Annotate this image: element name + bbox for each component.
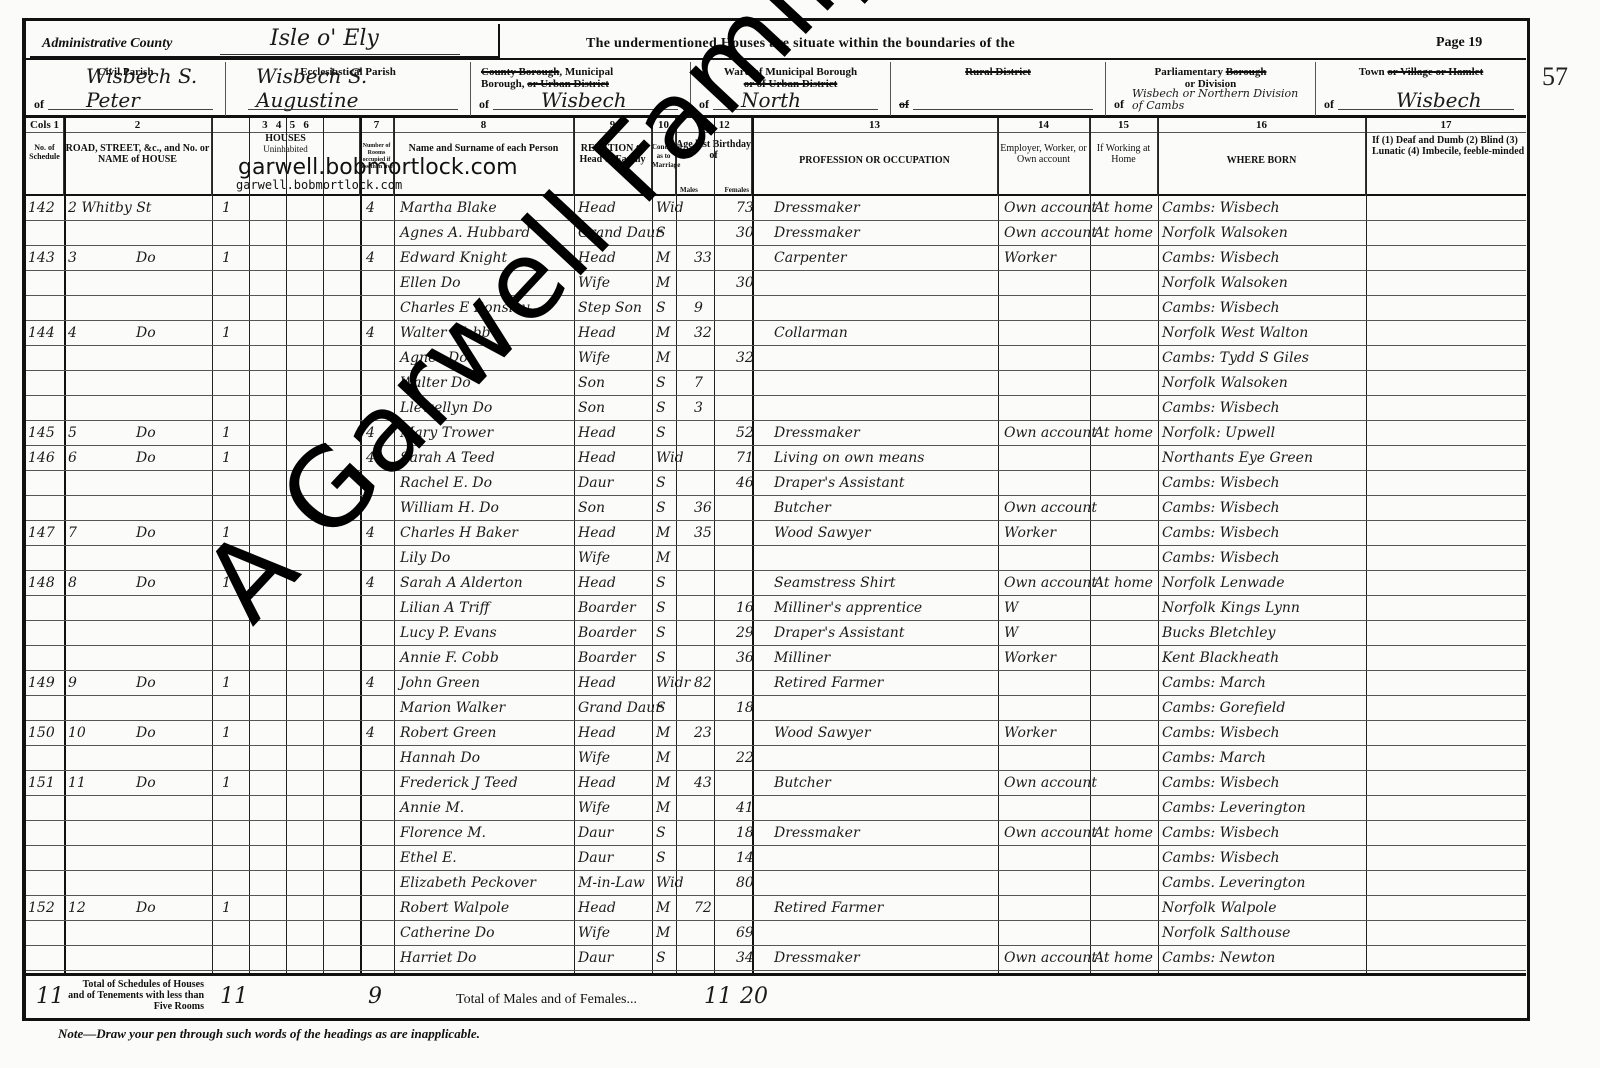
rooms: 4	[366, 571, 375, 596]
admin-county-box: Administrative County Isle o' Ely	[30, 24, 500, 58]
table-row: Llewellyn DoSonS3Cambs: Wisbech	[26, 396, 1526, 421]
address-ditto: Do	[136, 896, 156, 921]
where-born: Cambs: Newton	[1162, 946, 1275, 971]
occupation: Wood Sawyer	[774, 721, 871, 746]
table-row: Rachel E. DoDaurS46Draper's AssistantCam…	[26, 471, 1526, 496]
person-name: Rachel E. Do	[400, 471, 492, 496]
at-home: At home	[1094, 221, 1153, 246]
col-condition: 10Condition as to Marriage	[652, 118, 676, 196]
condition: S	[656, 621, 666, 646]
total-females: 20	[740, 984, 768, 1009]
schedule-number: 149	[28, 671, 55, 696]
age-female: 34	[736, 946, 754, 971]
col-num: 17	[1366, 118, 1526, 133]
address: 3	[68, 246, 77, 271]
where-born: Cambs: Wisbech	[1162, 246, 1280, 271]
condition: M	[656, 546, 670, 571]
schedule-number: 144	[28, 321, 55, 346]
where-born: Norfolk Walsoken	[1162, 221, 1288, 246]
occupation: Dressmaker	[774, 821, 860, 846]
address: 7	[68, 521, 77, 546]
address: 6	[68, 446, 77, 471]
condition: S	[656, 221, 666, 246]
occupation: Draper's Assistant	[774, 621, 904, 646]
address: 5	[68, 421, 77, 446]
where-born: Cambs: Wisbech	[1162, 296, 1280, 321]
address-ditto: Do	[136, 771, 156, 796]
address: 11	[68, 771, 86, 796]
person-name: Martha Blake	[400, 196, 497, 221]
relation: Wife	[578, 746, 610, 771]
where-born: Cambs: Wisbech	[1162, 196, 1280, 221]
age-male: 3	[694, 396, 703, 421]
where-born: Norfolk West Walton	[1162, 321, 1308, 346]
age-female: 18	[736, 696, 754, 721]
where-born: Cambs: Wisbech	[1162, 521, 1280, 546]
condition: M	[656, 246, 670, 271]
col-num: 16	[1158, 118, 1365, 133]
inhabited: 1	[222, 571, 231, 596]
employment: Own account	[1004, 196, 1097, 221]
relation: Wife	[578, 346, 610, 371]
occupation: Dressmaker	[774, 221, 860, 246]
parliamentary-division: Parliamentary Boroughor Division of Wisb…	[1106, 62, 1316, 116]
rooms: 4	[366, 321, 375, 346]
person-name: Marion Walker	[400, 696, 505, 721]
town-heading: Town or Village or Hamlet	[1316, 66, 1526, 78]
relation: Wife	[578, 271, 610, 296]
col-where-born: 16WHERE BORN	[1158, 118, 1366, 196]
employment: Worker	[1004, 721, 1056, 746]
table-row: 1499Do14John GreenHeadWidr82Retired Farm…	[26, 671, 1526, 696]
age-male: 82	[694, 671, 712, 696]
ward-heading: Ward of Municipal Boroughor of Urban Dis…	[691, 66, 890, 90]
person-name: Charles E Bonsley	[400, 296, 529, 321]
total-males-females-label: Total of Males and of Females...	[456, 992, 637, 1008]
address-ditto: Do	[136, 671, 156, 696]
schedule-number: 152	[28, 896, 55, 921]
person-name: Catherine Do	[400, 921, 495, 946]
person-name: Hannah Do	[400, 746, 480, 771]
person-name: Lilian A Triff	[400, 596, 490, 621]
census-page: 57 Administrative County Isle o' Ely The…	[0, 0, 1600, 1068]
inhabited: 1	[222, 321, 231, 346]
col-num: 14	[998, 118, 1089, 133]
col-label: If (1) Deaf and Dumb (2) Blind (3) Lunat…	[1366, 133, 1526, 157]
person-name: Agnes A. Hubbard	[400, 221, 530, 246]
address-ditto: Do	[136, 571, 156, 596]
person-name: Frederick J Teed	[400, 771, 518, 796]
condition: M	[656, 796, 670, 821]
age-male: 33	[694, 246, 712, 271]
col-num: 2	[64, 118, 211, 133]
table-row: Harriet DoDaurS34DressmakerOwn accountAt…	[26, 946, 1526, 971]
col-num: 15	[1090, 118, 1157, 133]
relation: Boarder	[578, 596, 636, 621]
condition: S	[656, 946, 666, 971]
inhabited: 1	[222, 671, 231, 696]
table-row: Catherine DoWifeM69Norfolk Salthouse	[26, 921, 1526, 946]
rooms: 4	[366, 521, 375, 546]
col-num: 7	[360, 118, 393, 133]
inhabited: 1	[222, 196, 231, 221]
condition: S	[656, 296, 666, 321]
relation: Daur	[578, 846, 613, 871]
person-name: Harriet Do	[400, 946, 476, 971]
person-name: John Green	[400, 671, 480, 696]
at-home: At home	[1094, 946, 1153, 971]
relation: Step Son	[578, 296, 642, 321]
relation: Head	[578, 321, 616, 346]
relation: Daur	[578, 946, 613, 971]
where-born: Cambs. Leverington	[1162, 871, 1305, 896]
rooms: 4	[366, 671, 375, 696]
condition: S	[656, 421, 666, 446]
relation: Head	[578, 571, 616, 596]
relation: Head	[578, 196, 616, 221]
employment: W	[1004, 596, 1018, 621]
occupation: Living on own means	[774, 446, 924, 471]
relation: Head	[578, 896, 616, 921]
age-female: 30	[736, 271, 754, 296]
condition: S	[656, 696, 666, 721]
age-male: 23	[694, 721, 712, 746]
totals-row: 11 Total of Schedules of Houses and of T…	[26, 973, 1526, 1021]
relation: Head	[578, 421, 616, 446]
address-ditto: Do	[136, 321, 156, 346]
condition: Wid	[656, 196, 684, 221]
employment: Own account	[1004, 221, 1097, 246]
where-born: Norfolk: Upwell	[1162, 421, 1275, 446]
relation: Wife	[578, 546, 610, 571]
col-relation: 9RELATION to Head of Family	[574, 118, 652, 196]
rural-district: Rural District of	[891, 62, 1106, 116]
where-born: Norfolk Walsoken	[1162, 371, 1288, 396]
inhabited: 1	[222, 771, 231, 796]
person-name: Ellen Do	[400, 271, 461, 296]
col-infirmity: 17If (1) Deaf and Dumb (2) Blind (3) Lun…	[1366, 118, 1526, 196]
relation: Daur	[578, 471, 613, 496]
relation: Head	[578, 721, 616, 746]
where-born: Bucks Bletchley	[1162, 621, 1275, 646]
employment: Own account	[1004, 571, 1097, 596]
where-born: Cambs: Wisbech	[1162, 546, 1280, 571]
table-row: 1455Do14Mary TrowerHeadS52DressmakerOwn …	[26, 421, 1526, 446]
schedule-number: 145	[28, 421, 55, 446]
where-born: Norfolk Kings Lynn	[1162, 596, 1300, 621]
municipal-borough-heading: County Borough, MunicipalBorough, or Urb…	[471, 66, 690, 90]
age-female: 18	[736, 821, 754, 846]
col-num: 10	[652, 118, 675, 133]
employment: Own account	[1004, 946, 1097, 971]
page-number: Page 19	[1436, 35, 1482, 51]
total-rooms: 9	[368, 984, 382, 1009]
relation: Son	[578, 371, 605, 396]
of-label: of	[479, 97, 489, 112]
age-male: 35	[694, 521, 712, 546]
condition: S	[656, 471, 666, 496]
col-num: Cols 1	[26, 118, 63, 133]
age-female: 41	[736, 796, 754, 821]
civil-parish-value: Wisbech S. Peter	[86, 64, 225, 112]
margin-folio-number: 57	[1542, 62, 1568, 92]
inhabited: 1	[222, 421, 231, 446]
condition: S	[656, 821, 666, 846]
address: 2 Whitby St	[68, 196, 151, 221]
underline	[48, 109, 213, 110]
inhabited: 1	[222, 721, 231, 746]
age-female: 32	[736, 346, 754, 371]
inhabited: 1	[222, 896, 231, 921]
table-row: Charles E BonsleyStep SonS9Cambs: Wisbec…	[26, 296, 1526, 321]
col-occupation: 13PROFESSION OR OCCUPATION	[752, 118, 998, 196]
underline	[713, 109, 878, 110]
town: Town or Village or Hamlet of Wisbech	[1316, 62, 1526, 116]
where-born: Cambs: Wisbech	[1162, 721, 1280, 746]
at-home: At home	[1094, 571, 1153, 596]
schedule-number: 150	[28, 721, 55, 746]
age-female: 69	[736, 921, 754, 946]
occupation: Wood Sawyer	[774, 521, 871, 546]
condition: S	[656, 846, 666, 871]
address-ditto: Do	[136, 446, 156, 471]
where-born: Northants Eye Green	[1162, 446, 1313, 471]
age-female: 73	[736, 196, 754, 221]
occupation: Seamstress Shirt	[774, 571, 896, 596]
where-born: Norfolk Lenwade	[1162, 571, 1285, 596]
relation: Head	[578, 246, 616, 271]
person-name: Llewellyn Do	[400, 396, 492, 421]
table-row: 15111Do1Frederick J TeedHeadM43ButcherOw…	[26, 771, 1526, 796]
condition: M	[656, 896, 670, 921]
occupation: Retired Farmer	[774, 896, 883, 921]
col-num: 8	[394, 118, 573, 133]
where-born: Cambs: Leverington	[1162, 796, 1306, 821]
where-born: Cambs: Wisbech	[1162, 496, 1280, 521]
rural-district-heading: Rural District	[891, 66, 1105, 78]
condition: M	[656, 321, 670, 346]
address: 9	[68, 671, 77, 696]
parliamentary-value: Wisbech or Northern Division of Cambs	[1132, 88, 1302, 112]
header-row: Administrative County Isle o' Ely The un…	[26, 22, 1526, 58]
relation: Head	[578, 446, 616, 471]
females-label: Females	[725, 186, 750, 194]
table-row: 1422 Whitby St14Martha BlakeHeadWid73Dre…	[26, 196, 1526, 221]
admin-county-value: Isle o' Ely	[270, 26, 379, 51]
col-num: 9	[574, 118, 651, 133]
age-female: 29	[736, 621, 754, 646]
total-schedules: 11	[36, 984, 64, 1009]
total-males: 11	[704, 984, 732, 1009]
person-name: Lily Do	[400, 546, 450, 571]
employment: Worker	[1004, 246, 1056, 271]
relation: Head	[578, 671, 616, 696]
person-name: Mary Trower	[400, 421, 493, 446]
employment: W	[1004, 621, 1018, 646]
condition: S	[656, 646, 666, 671]
person-name: Lucy P. Evans	[400, 621, 497, 646]
rooms: 4	[366, 721, 375, 746]
col-label: RELATION to Head of Family	[574, 133, 651, 165]
boundaries-row: Civil Parish of Wisbech S. Peter Ecclesi…	[26, 58, 1526, 118]
where-born: Norfolk Walsoken	[1162, 271, 1288, 296]
undermentioned-heading: The undermentioned Houses are situate wi…	[586, 36, 1015, 52]
condition: S	[656, 496, 666, 521]
person-name: Walter Do	[400, 371, 471, 396]
watermark-url-small: garwell.bobmortlock.com	[236, 178, 402, 192]
table-row: Walter DoSonS7Norfolk Walsoken	[26, 371, 1526, 396]
municipal-borough: County Borough, MunicipalBorough, or Urb…	[471, 62, 691, 116]
males-label: Males	[680, 186, 698, 194]
of-label: of	[1114, 97, 1124, 112]
person-name: Florence M.	[400, 821, 486, 846]
underline	[1338, 109, 1514, 110]
address: 10	[68, 721, 86, 746]
occupation: Carpenter	[774, 246, 847, 271]
table-row: Elizabeth PeckoverM-in-LawWid80Cambs. Le…	[26, 871, 1526, 896]
relation: Grand Daur	[578, 696, 662, 721]
relation: Boarder	[578, 621, 636, 646]
civil-parish: Civil Parish of Wisbech S. Peter	[26, 62, 226, 116]
condition: M	[656, 271, 670, 296]
col-label: PROFESSION OR OCCUPATION	[752, 133, 997, 166]
relation: Boarder	[578, 646, 636, 671]
age-female: 30	[736, 221, 754, 246]
col-label: WHERE BORN	[1158, 133, 1365, 166]
where-born: Cambs: Wisbech	[1162, 396, 1280, 421]
where-born: Norfolk Salthouse	[1162, 921, 1290, 946]
person-name: Annie F. Cobb	[400, 646, 499, 671]
schedule-number: 148	[28, 571, 55, 596]
table-row: Ellen DoWifeM30Norfolk Walsoken	[26, 271, 1526, 296]
occupation: Draper's Assistant	[774, 471, 904, 496]
table-row: Annie F. CobbBoarderS36MillinerWorkerKen…	[26, 646, 1526, 671]
employment: Own account	[1004, 496, 1097, 521]
col-label: Employer, Worker, or Own account	[998, 133, 1089, 165]
address-ditto: Do	[136, 246, 156, 271]
total-inhabited: 11	[220, 984, 248, 1009]
age-female: 14	[736, 846, 754, 871]
underline	[493, 109, 678, 110]
employment: Worker	[1004, 521, 1056, 546]
condition: M	[656, 921, 670, 946]
admin-county-underline	[220, 54, 460, 55]
col-employer: 14Employer, Worker, or Own account	[998, 118, 1090, 196]
age-female: 16	[736, 596, 754, 621]
where-born: Cambs: Wisbech	[1162, 846, 1280, 871]
rooms: 4	[366, 196, 375, 221]
person-name: Charles H Baker	[400, 521, 518, 546]
where-born: Cambs: March	[1162, 746, 1266, 771]
person-name: Agnes Do	[400, 346, 468, 371]
col-at-home: 15If Working at Home	[1090, 118, 1158, 196]
age-female: 46	[736, 471, 754, 496]
of-label: of	[699, 97, 709, 112]
age-female: 71	[736, 446, 754, 471]
where-born: Cambs: Wisbech	[1162, 821, 1280, 846]
relation: Head	[578, 771, 616, 796]
table-row: William H. DoSonS36ButcherOwn accountCam…	[26, 496, 1526, 521]
schedule-number: 146	[28, 446, 55, 471]
table-row: 1433Do14Edward KnightHeadM33CarpenterWor…	[26, 246, 1526, 271]
relation: Daur	[578, 821, 613, 846]
address-ditto: Do	[136, 721, 156, 746]
person-name: Sarah A Alderton	[400, 571, 523, 596]
table-row: Marion WalkerGrand DaurS18Cambs: Gorefie…	[26, 696, 1526, 721]
of-label: of	[1324, 97, 1334, 112]
age-male: 43	[694, 771, 712, 796]
ecclesiastical-parish: Ecclesiastical Parish Wisbech S. Augusti…	[226, 62, 471, 116]
person-name: Ethel E.	[400, 846, 457, 871]
table-row: Lucy P. EvansBoarderS29Draper's Assistan…	[26, 621, 1526, 646]
table-row: 1444Do14Walter WebbHeadM32CollarmanNorfo…	[26, 321, 1526, 346]
inhabited: 1	[222, 446, 231, 471]
table-row: 15212Do1Robert WalpoleHeadM72Retired Far…	[26, 896, 1526, 921]
schedule-number: 142	[28, 196, 55, 221]
age-male: 9	[694, 296, 703, 321]
address: 12	[68, 896, 86, 921]
relation: Son	[578, 496, 605, 521]
age-female: 80	[736, 871, 754, 896]
footer-note: Note—Draw your pen through such words of…	[58, 1026, 480, 1042]
condition: Widr	[656, 671, 690, 696]
condition: S	[656, 396, 666, 421]
occupation: Milliner	[774, 646, 830, 671]
occupation: Collarman	[774, 321, 848, 346]
occupation: Dressmaker	[774, 196, 860, 221]
occupation: Butcher	[774, 496, 831, 521]
condition: Wid	[656, 871, 684, 896]
table-row: Hannah DoWifeM22Cambs: March	[26, 746, 1526, 771]
col-label: Condition as to Marriage	[652, 133, 675, 170]
occupation: Dressmaker	[774, 421, 860, 446]
of-label: of	[899, 97, 909, 112]
relation: Head	[578, 521, 616, 546]
age-female: 22	[736, 746, 754, 771]
schedule-number: 147	[28, 521, 55, 546]
address: 8	[68, 571, 77, 596]
age-female: 52	[736, 421, 754, 446]
condition: S	[656, 596, 666, 621]
age-male: 32	[694, 321, 712, 346]
address-ditto: Do	[136, 421, 156, 446]
rooms: 4	[366, 421, 375, 446]
condition: M	[656, 771, 670, 796]
age-female: 36	[736, 646, 754, 671]
col-label: Name and Surname of each Person	[394, 133, 573, 154]
person-name: Robert Walpole	[400, 896, 509, 921]
person-name: Edward Knight	[400, 246, 507, 271]
where-born: Kent Blackheath	[1162, 646, 1279, 671]
col-schedule: Cols 1No. of Schedule	[26, 118, 64, 196]
schedule-number: 143	[28, 246, 55, 271]
condition: S	[656, 371, 666, 396]
employment: Own account	[1004, 821, 1097, 846]
table-row: 1466Do14Sarah A TeedHeadWid71Living on o…	[26, 446, 1526, 471]
table-row: Florence M.DaurS18DressmakerOwn accountA…	[26, 821, 1526, 846]
condition: Wid	[656, 446, 684, 471]
ward: Ward of Municipal Boroughor of Urban Dis…	[691, 62, 891, 116]
inhabited: 1	[222, 521, 231, 546]
age-male: 7	[694, 371, 703, 396]
occupation: Butcher	[774, 771, 831, 796]
col-num: 13	[752, 118, 997, 133]
relation: Grand Daur	[578, 221, 662, 246]
table-row: Agnes A. HubbardGrand DaurS30DressmakerO…	[26, 221, 1526, 246]
underline	[913, 109, 1093, 110]
watermark-url-large: garwell.bobmortlock.com	[238, 155, 518, 180]
table-row: 1488Do14Sarah A AldertonHeadSSeamstress …	[26, 571, 1526, 596]
